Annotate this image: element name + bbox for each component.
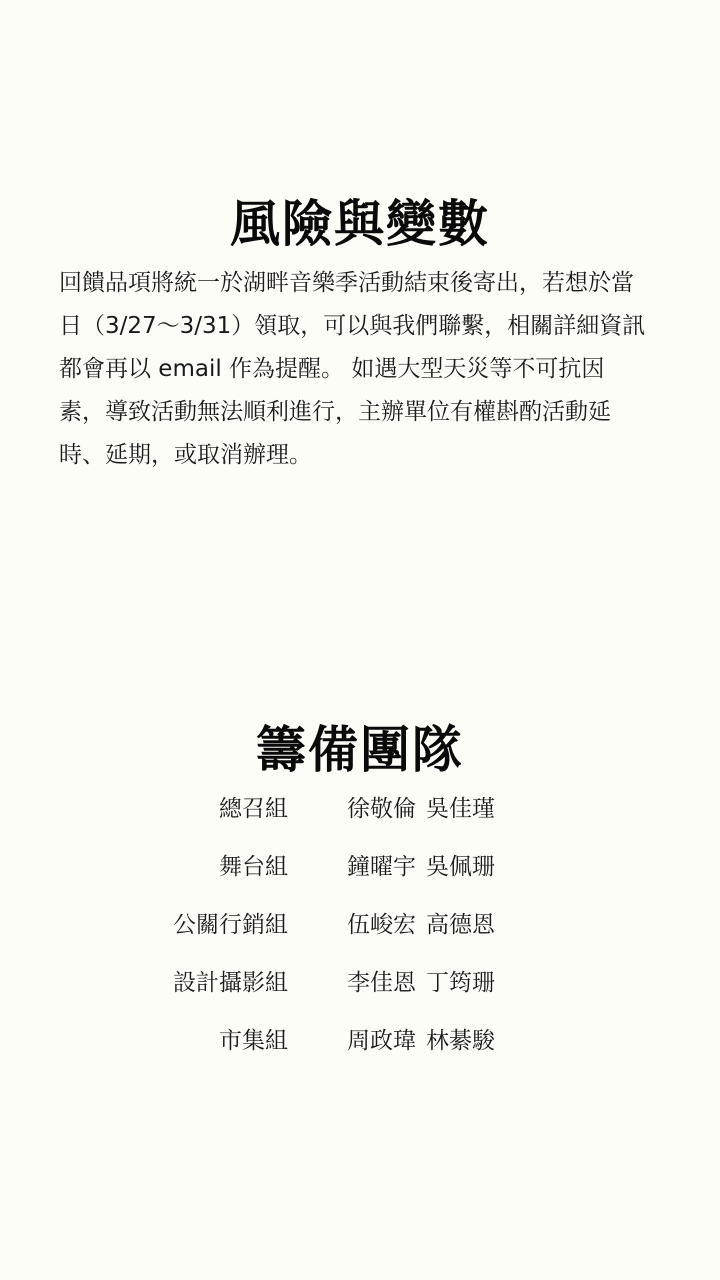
team-group-label: 公關行銷組 — [173, 904, 288, 946]
team-member: 高德恩 — [426, 912, 495, 938]
team-member: 丁筠珊 — [426, 970, 495, 996]
team-members: 李佳恩丁筠珊 — [347, 962, 495, 1004]
team-member: 李佳恩 — [347, 970, 416, 996]
team-member: 吳佳瑾 — [426, 796, 495, 822]
team-members: 鐘曜宇吳佩珊 — [347, 846, 495, 888]
team-group-label: 總召組 — [219, 788, 288, 830]
team-members: 周政瑋林綦駿 — [347, 1020, 495, 1062]
team-member: 伍峻宏 — [347, 912, 416, 938]
team-members: 徐敬倫吳佳瑾 — [347, 788, 495, 830]
team-member: 周政瑋 — [347, 1028, 416, 1054]
team-member: 吳佩珊 — [426, 854, 495, 880]
risk-paragraph: 回饋品項將統一於湖畔音樂季活動結束後寄出，若想於當 日（3/27～3/31）領取… — [59, 262, 669, 477]
team-row: 設計攝影組 李佳恩丁筠珊 — [0, 962, 720, 1020]
team-row: 市集組 周政瑋林綦駿 — [0, 1020, 720, 1078]
team-row: 舞台組 鐘曜宇吳佩珊 — [0, 846, 720, 904]
team-group-label: 市集組 — [219, 1020, 288, 1062]
team-members: 伍峻宏高德恩 — [347, 904, 495, 946]
team-member: 林綦駿 — [426, 1028, 495, 1054]
team-group-label: 設計攝影組 — [173, 962, 288, 1004]
team-member: 鐘曜宇 — [347, 854, 416, 880]
paragraph-line: 時、延期，或取消辦理。 — [59, 434, 669, 477]
team-row: 公關行銷組 伍峻宏高德恩 — [0, 904, 720, 962]
paragraph-line: 都會再以 email 作為提醒。 如遇大型天災等不可抗因 — [59, 348, 669, 391]
risk-section-title: 風險與變數 — [0, 194, 720, 254]
team-list: 總召組 徐敬倫吳佳瑾 舞台組 鐘曜宇吳佩珊 公關行銷組 伍峻宏高德恩 設計攝影組… — [0, 788, 720, 1078]
team-row: 總召組 徐敬倫吳佳瑾 — [0, 788, 720, 846]
team-group-label: 舞台組 — [219, 846, 288, 888]
paragraph-line: 日（3/27～3/31）領取，可以與我們聯繫，相關詳細資訊 — [59, 305, 669, 348]
paragraph-line: 素，導致活動無法順利進行，主辦單位有權斟酌活動延 — [59, 391, 669, 434]
team-member: 徐敬倫 — [347, 796, 416, 822]
team-section-title: 籌備團隊 — [0, 720, 720, 780]
paragraph-line: 回饋品項將統一於湖畔音樂季活動結束後寄出，若想於當 — [59, 262, 669, 305]
